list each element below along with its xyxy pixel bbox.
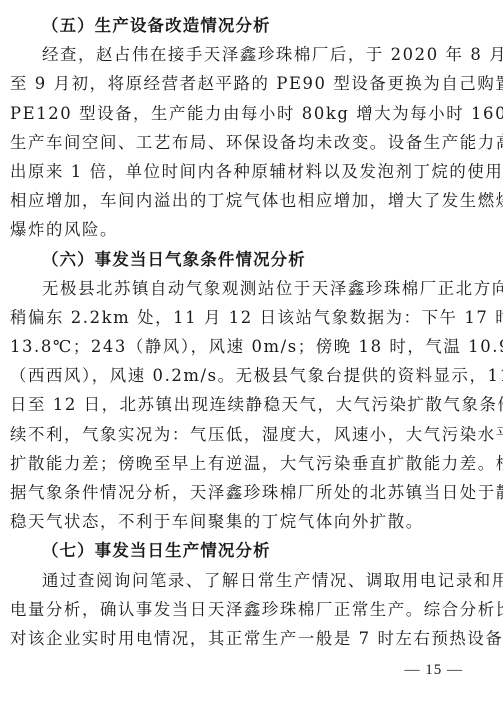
paragraph-line: 13.8℃；243（静风），风速 0m/s；傍晚 18 时，气温 10.9℃，2… (10, 332, 463, 361)
paragraph-line: 经查，赵占伟在接手天泽鑫珍珠棉厂后，于 2020 年 8 月 7 日 (10, 40, 463, 69)
paragraph-line: 扩散能力差；傍晚至早上有逆温，大气污染垂直扩散能力差。根 (10, 449, 463, 478)
paragraph-line: PE120 型设备，生产能力由每小时 80kg 增大为每小时 160kg，但 (10, 99, 463, 128)
paragraph-line: 对该企业实时用电情况，其正常生产一般是 7 时左右预热设备， (10, 624, 463, 653)
page-number: — 15 — (405, 662, 464, 679)
section-heading-7: （七）事发当日生产情况分析 (10, 536, 463, 565)
paragraph-line: 无极县北苏镇自动气象观测站位于天泽鑫珍珠棉厂正北方向 (10, 274, 463, 303)
paragraph-line: 通过查阅询问笔录、了解日常生产情况、调取用电记录和用 (10, 566, 463, 595)
paragraph-line: 至 9 月初，将原经营者赵平路的 PE90 型设备更换为自己购置的 (10, 69, 463, 98)
document-page: （五）生产设备改造情况分析 经查，赵占伟在接手天泽鑫珍珠棉厂后，于 2020 年… (10, 11, 463, 653)
paragraph-line: 续不利，气象实况为：气压低，湿度大，风速小，大气污染水平 (10, 420, 463, 449)
paragraph-line: 稳天气状态，不利于车间聚集的丁烷气体向外扩散。 (10, 507, 463, 536)
paragraph-line: 爆炸的风险。 (10, 215, 463, 244)
paragraph-line: 稍偏东 2.2km 处，11 月 12 日该站气象数据为：下午 17 时，气温 (10, 303, 463, 332)
paragraph-line: （西西风），风速 0.2m/s。无极县气象台提供的资料显示，11 月 9 (10, 361, 463, 390)
section-heading-5: （五）生产设备改造情况分析 (10, 11, 463, 40)
section-heading-6: （六）事发当日气象条件情况分析 (10, 245, 463, 274)
paragraph-line: 电量分析，确认事发当日天泽鑫珍珠棉厂正常生产。综合分析比 (10, 595, 463, 624)
paragraph-line: 出原来 1 倍，单位时间内各种原辅材料以及发泡剂丁烷的使用量 (10, 157, 463, 186)
paragraph-line: 相应增加，车间内溢出的丁烷气体也相应增加，增大了发生燃烧、 (10, 186, 463, 215)
paragraph-line: 生产车间空间、工艺布局、环保设备均未改变。设备生产能力高 (10, 128, 463, 157)
paragraph-line: 日至 12 日，北苏镇出现连续静稳天气，大气污染扩散气象条件持 (10, 390, 463, 419)
paragraph-line: 据气象条件情况分析，天泽鑫珍珠棉厂所处的北苏镇当日处于静 (10, 478, 463, 507)
